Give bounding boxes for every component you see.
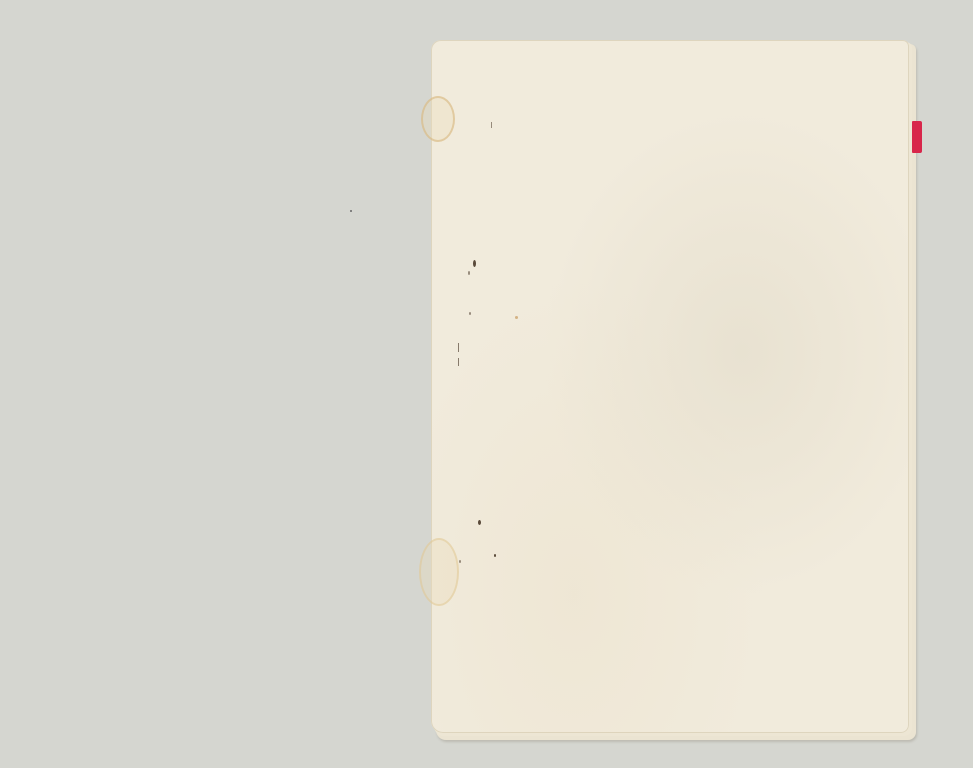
red-bookmark-tab <box>912 121 922 153</box>
ink-spot <box>473 260 476 267</box>
bleed-through-text <box>661 190 861 670</box>
ink-dash <box>458 343 459 352</box>
dust-speck <box>350 210 352 212</box>
ink-dash <box>458 358 459 366</box>
ink-spot <box>459 560 461 563</box>
ink-spot <box>469 312 471 315</box>
foxing-spot <box>515 316 518 319</box>
book-page <box>431 40 909 733</box>
ink-spot <box>468 271 470 275</box>
ink-spot <box>494 554 496 557</box>
ink-spot <box>478 520 481 525</box>
water-stain-top <box>421 96 455 142</box>
water-stain-bottom <box>419 538 459 606</box>
ink-dash <box>491 122 492 128</box>
